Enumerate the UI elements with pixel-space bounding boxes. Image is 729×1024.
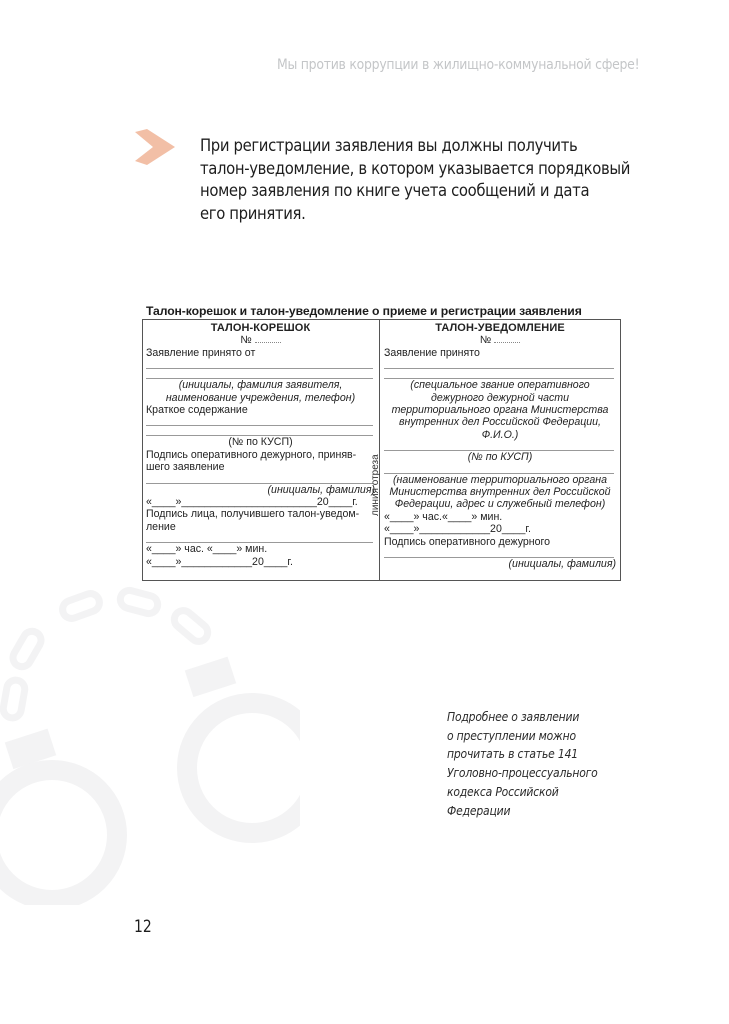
number-label: №: [480, 334, 491, 346]
blank-line: [384, 464, 614, 474]
note-line: о преступлении можно: [447, 727, 627, 746]
accepted-from-label: Заявление принято от: [146, 347, 375, 359]
blank-line: [384, 441, 614, 451]
officer-sign-label: Подпись оперативного дежурного, приняв-: [146, 449, 375, 461]
accepted-by-label: Заявление принято: [384, 347, 616, 359]
handcuffs-icon: [0, 585, 300, 905]
note-line: прочитать в статье 141: [447, 745, 627, 764]
kusp-hint: (№ по КУСП): [146, 436, 375, 448]
lead-line: При регистрации заявления вы должны полу…: [200, 135, 623, 158]
kusp-hint: (№ по КУСП): [384, 451, 616, 463]
number-blank: [494, 334, 520, 343]
summary-label: Краткое содержание: [146, 404, 375, 416]
stub-number: №: [146, 334, 375, 346]
note-line: Федерации: [447, 802, 627, 821]
notice-ticket: ТАЛОН-УВЕДОМЛЕНИЕ № Заявление принято (с…: [380, 320, 620, 580]
ticket-form: ТАЛОН-КОРЕШОК № Заявление принято от (ин…: [142, 319, 621, 581]
number-label: №: [240, 334, 251, 346]
page-number: 12: [134, 917, 152, 937]
officer-hint: дежурного дежурной части: [384, 392, 616, 404]
officer-sign-label: Подпись оперативного дежурного: [384, 536, 616, 548]
applicant-hint: (инициалы, фамилия заявителя,: [146, 379, 375, 391]
note-line: Уголовно-процессуального: [447, 764, 627, 783]
blank-line: [146, 416, 373, 426]
date-line: «____»____________20____г.: [384, 523, 616, 535]
stub-ticket: ТАЛОН-КОРЕШОК № Заявление принято от (ин…: [143, 320, 380, 580]
blank-line: [146, 426, 373, 436]
initials-hint: (инициалы, фамилия): [146, 484, 375, 496]
officer-hint: Ф.И.О.): [384, 429, 616, 441]
lead-line: талон-уведомление, в котором указывается…: [200, 158, 623, 181]
notice-number: №: [384, 334, 616, 346]
applicant-hint: наименование учреждения, телефон): [146, 392, 375, 404]
lead-line: его принятия.: [200, 203, 623, 226]
date-line: «____»____________20____г.: [146, 556, 375, 568]
form-title: Талон-корешок и талон-уведомление о прие…: [146, 304, 624, 318]
officer-hint: (специальное звание оперативного: [384, 379, 616, 391]
notice-heading: ТАЛОН-УВЕДОМЛЕНИЕ: [384, 322, 616, 334]
officer-hint: внутренних дел Российской Федерации,: [384, 416, 616, 428]
officer-hint: территориального органа Министерства: [384, 404, 616, 416]
header-slogan: Мы против коррупции в жилищно-коммунальн…: [277, 57, 639, 73]
blank-line: [146, 533, 373, 543]
initials-hint: (инициалы, фамилия): [384, 558, 616, 570]
organ-hint: (наименование территориального органа: [384, 474, 616, 486]
lead-line: номер заявления по книге учета сообщений…: [200, 180, 623, 203]
number-blank: [255, 334, 281, 343]
blank-line: [146, 369, 373, 379]
note-line: Подробнее о заявлении: [447, 708, 627, 727]
blank-line: [384, 369, 614, 379]
blank-line: [384, 359, 614, 369]
stub-heading: ТАЛОН-КОРЕШОК: [146, 322, 375, 334]
organ-hint: Министерства внутренних дел Российской: [384, 486, 616, 498]
officer-sign-label: шего заявление: [146, 461, 375, 473]
blank-line: [384, 548, 614, 558]
article-note: Подробнее о заявлении о преступлении мож…: [447, 708, 627, 820]
note-line: кодекса Российской: [447, 783, 627, 802]
blank-line: [146, 474, 373, 484]
receiver-sign-label: ление: [146, 521, 375, 533]
lead-paragraph: При регистрации заявления вы должны полу…: [200, 135, 623, 225]
time-line: «____» час. «____» мин.: [146, 543, 375, 555]
blank-line: [146, 359, 373, 369]
receiver-sign-label: Подпись лица, получившего талон-уведом-: [146, 508, 375, 520]
time-line: «____» час.«____» мин.: [384, 511, 616, 523]
date-line: «____»_______________________20____г.: [146, 496, 375, 508]
chevron-right-icon: [133, 129, 177, 165]
organ-hint: Федерации, адрес и служебный телефон): [384, 498, 616, 510]
